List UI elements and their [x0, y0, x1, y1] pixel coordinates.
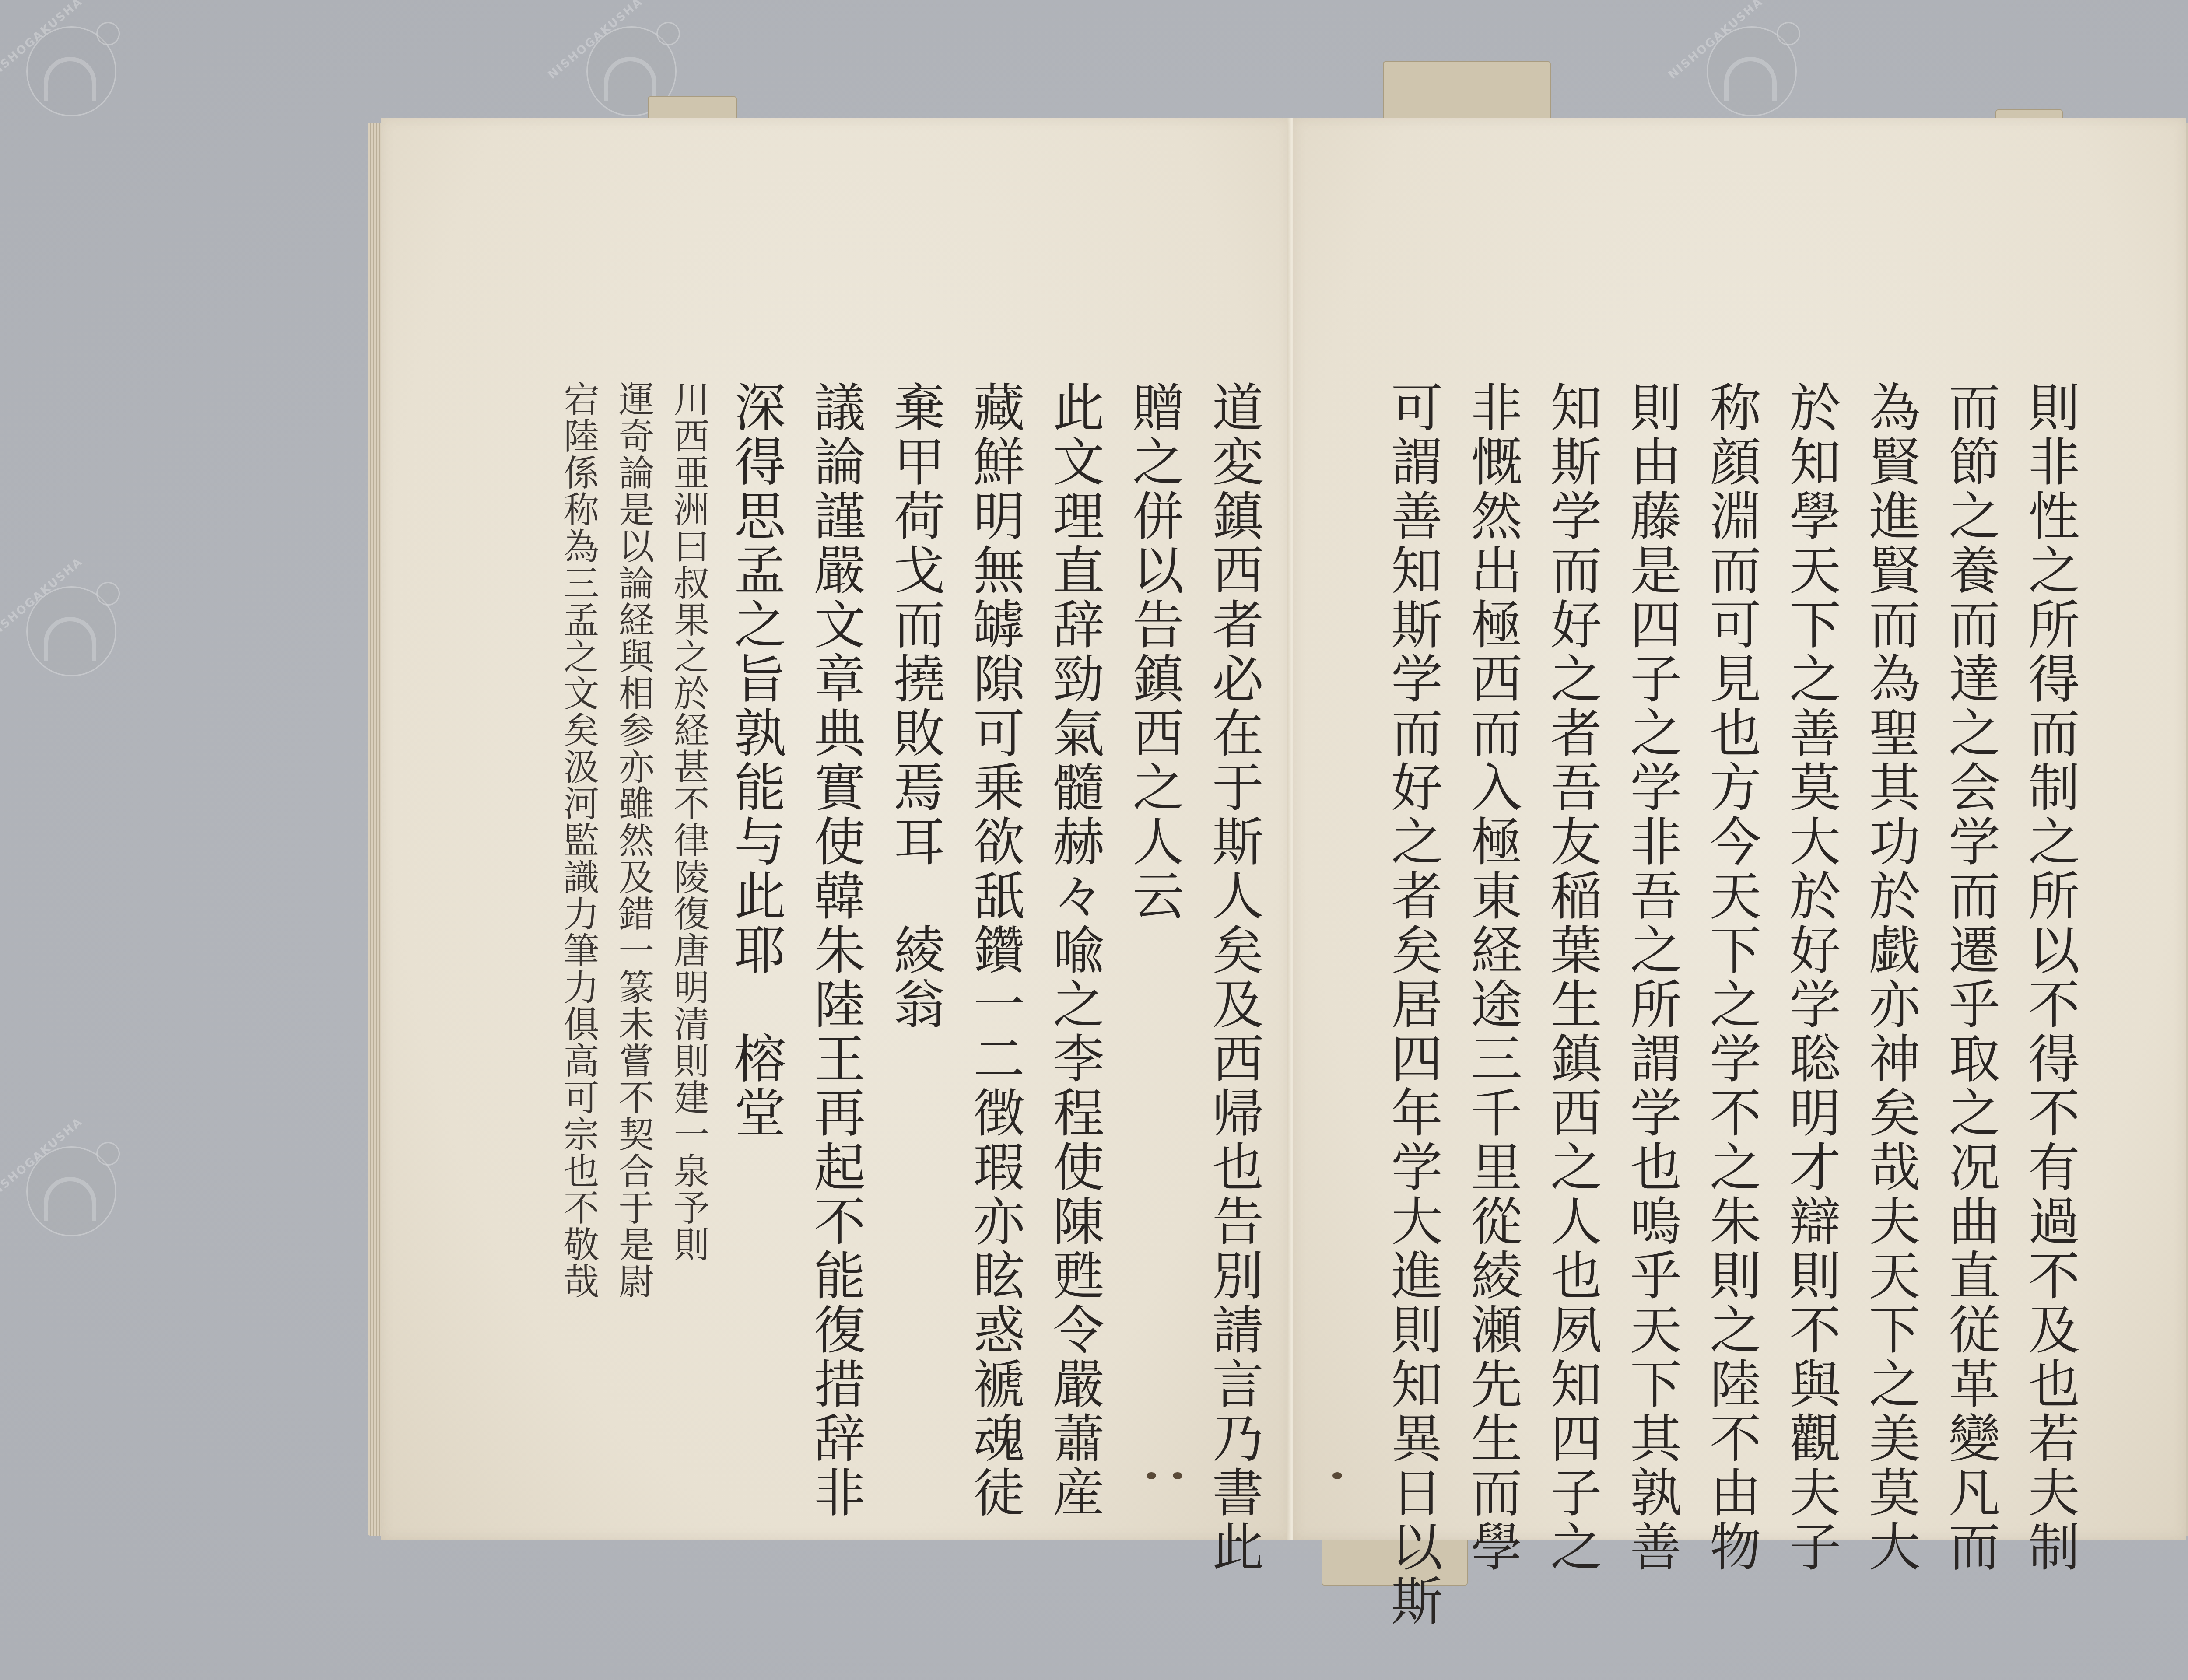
text-column: 道変鎮西者必在于斯人矣及西帰也告別請言乃書此 — [1208, 381, 1259, 1574]
left-page-text: 道変鎮西者必在于斯人矣及西帰也告別請言乃書此 贈之併以告鎮西之人云 此文理直辞勁… — [551, 381, 1273, 1574]
text-column: 非慨然出極西而入極東経途三千里從綾瀬先生而學 — [1466, 381, 1518, 1628]
worm-hole — [1147, 1472, 1156, 1479]
text-column: 棄甲荷戈而撓敗焉耳 綾翁 — [889, 381, 941, 1574]
text-column: 藏鮮明無罅隙可乗欲舐鑽一二徴瑕亦眩惑褫魂徒 — [969, 381, 1020, 1574]
text-column: 於知學天下之善莫大於好学聡明才辯則不與觀夫子 — [1785, 381, 1837, 1628]
annotation-column: 宕陸係称為三孟之文矣汲河監識力筆力俱高可宗也不敬哉 — [560, 381, 596, 1574]
text-column: 贈之併以告鎮西之人云 — [1128, 381, 1180, 1574]
worm-hole — [1332, 1472, 1342, 1479]
text-column: 議論謹嚴文章典實使韓朱陸王再起不能復措辞非 — [810, 381, 861, 1574]
text-column: 此文理直辞勁氣髓赫々喩之李程使陳甦令嚴蕭産 — [1048, 381, 1100, 1574]
annotation-column: 運奇論是以論経與相参亦雖然及錯一篆未嘗不契合于是尉 — [615, 381, 651, 1574]
open-book: 道変鎮西者必在于斯人矣及西帰也告別請言乃書此 贈之併以告鎮西之人云 此文理直辞勁… — [368, 109, 2188, 1544]
right-page-text: 則非性之所得而制之所以不得不有過不及也若夫制 而節之養而達之会学而遷乎取之况曲直… — [1373, 381, 2090, 1628]
text-column: 而節之養而達之会学而遷乎取之况曲直従革變凡而 — [1944, 381, 1996, 1628]
text-column: 則由藤是四子之学非吾之所謂学也嗚乎天下其孰善 — [1626, 381, 1677, 1628]
text-column: 知斯学而好之者吾友稲葉生鎮西之人也夙知四子之 — [1546, 381, 1598, 1628]
text-column: 為賢進賢而為聖其功於戯亦神矣哉夫天下之美莫大 — [1865, 381, 1916, 1628]
annotation-column: 川西亜洲曰叔果之於経甚不律陵復唐明清則建一泉予則 — [670, 381, 706, 1574]
text-column: 称顔淵而可見也方今天下之学不之朱則之陸不由物 — [1705, 381, 1757, 1628]
worm-hole — [1173, 1472, 1182, 1479]
right-page: 則非性之所得而制之所以不得不有過不及也若夫制 而節之養而達之会学而遷乎取之况曲直… — [1293, 118, 2186, 1540]
text-column: 可謂善知斯学而好之者矣居四年学大進則知異日以斯 — [1387, 381, 1438, 1628]
left-page: 道変鎮西者必在于斯人矣及西帰也告別請言乃書此 贈之併以告鎮西之人云 此文理直辞勁… — [381, 118, 1292, 1540]
text-column: 深得思孟之旨孰能与此耶 榕堂 — [730, 381, 782, 1574]
text-column: 則非性之所得而制之所以不得不有過不及也若夫制 — [2024, 381, 2076, 1628]
